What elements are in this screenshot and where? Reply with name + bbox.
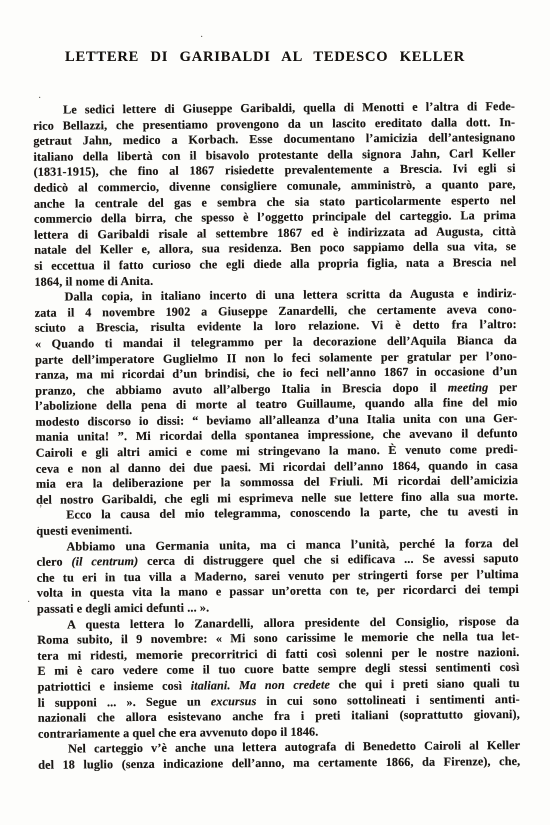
text-segment: commercio della birra, che spesso è l’og… — [34, 208, 516, 226]
text-segment: li supponi ... ». Segue un — [38, 694, 211, 709]
text-segment: l’abolizione della pena di morte al teat… — [35, 395, 517, 413]
text-segment: del nostro Garibaldi, che egli mi esprim… — [36, 489, 518, 507]
text-segment: per — [488, 380, 517, 394]
text-segment: questi evenimenti. — [36, 523, 132, 538]
book-page: LETTERE DI GARIBALDI AL TEDESCO KELLER L… — [0, 0, 550, 825]
text-segment: nazionali che allora esistevano anche fr… — [38, 707, 520, 725]
text-segment: contrariamente a quel che era avvenuto d… — [38, 724, 319, 740]
text-segment: clero — [37, 555, 72, 569]
text-segment: anche la centrale del gas e sembra che s… — [34, 193, 516, 211]
text-segment: modesto discorso io dissi: “ beviamo all… — [35, 411, 517, 429]
text-segment: italiano della libertà con il bisavolo p… — [33, 146, 515, 164]
body-text: Le sedici lettere di Giuseppe Garibaldi,… — [33, 99, 520, 773]
text-line: del 18 luglio (senza indicazione dell’an… — [38, 754, 520, 773]
text-segment: natale del Keller e, allora, sua residen… — [34, 239, 516, 257]
text-segment: cerca di distruggere quel che si edifica… — [138, 551, 519, 568]
text-segment: lettera di Garibaldi risale al settembre… — [34, 224, 516, 242]
text-segment: E mi è caro vedere come il tuo cuore bat… — [37, 660, 519, 678]
text-segment: volta in questa vita la mano e passar un… — [37, 582, 519, 600]
scan-speck: · — [200, 33, 203, 43]
text-segment: « Quando ti mandai il telegrammo per la … — [35, 333, 517, 351]
text-segment: tera mi ridesti, memorie precorritrici d… — [37, 645, 519, 663]
text-segment: che tu eri in tua villa a Maderno, sarei… — [37, 567, 519, 585]
text-segment: zata il 4 novembre 1902 a Giuseppe Zanar… — [35, 302, 517, 320]
text-segment: ranza, ma mi ricordai d’un brindisi, che… — [35, 364, 517, 382]
text-segment: Abbiamo una Germania unita, ma ci manca … — [66, 536, 518, 554]
text-segment: del 18 luglio (senza indicazione dell’an… — [38, 754, 520, 772]
text-segment: 1864, il nome di Anita. — [34, 273, 153, 288]
text-segment: A questa lettera lo Zanardelli, allora p… — [67, 614, 519, 632]
scan-speck: · — [27, 598, 30, 608]
scan-speck: . — [37, 521, 40, 531]
text-segment: pranzo, che abbiamo avuto all’albergo It… — [35, 380, 448, 397]
italic-text-segment: excursus — [211, 694, 257, 708]
text-segment: patriottici e insieme così — [38, 679, 191, 694]
text-segment: Nel carteggio v’è anche una lettera auto… — [68, 738, 520, 756]
text-segment: parte dell’imperatore Guglielmo II non l… — [35, 348, 517, 366]
text-segment: Dalla copia, in italiano incerto di una … — [64, 286, 516, 304]
scan-speck: ’ — [39, 505, 42, 515]
text-segment: rico Bellazzi, che presentiamo provengon… — [33, 115, 515, 133]
text-segment: Cairoli e gli altri amici e come mi stri… — [36, 442, 518, 460]
text-segment: mia era la deliberazione per la sommossa… — [36, 473, 518, 491]
scan-speck: · — [38, 94, 41, 104]
text-segment: passati e degli amici defunti ... ». — [37, 600, 209, 615]
text-segment: che qui i preti siano quali tu — [330, 676, 520, 691]
text-segment: si eccettua il fatto curioso che egli di… — [34, 255, 516, 273]
text-segment: dedicò al commercio, divenne consigliere… — [34, 177, 516, 195]
text-segment: Ecco la causa del mio telegramma, conosc… — [66, 504, 518, 522]
text-segment: ceva e non al danno dei due paesi. Mi ri… — [36, 458, 518, 476]
italic-text-segment: (il centrum) — [71, 554, 138, 569]
text-segment: getraut Jahn, medico a Korbach. Esse doc… — [33, 130, 515, 148]
text-segment: Le sedici lettere di Giuseppe Garibaldi,… — [63, 99, 515, 117]
text-segment: in cui sono sottolineati i sentimenti an… — [256, 692, 519, 708]
text-segment: sciuto a Brescia, risulta evidente la lo… — [35, 317, 517, 335]
italic-text-segment: meeting — [448, 380, 489, 394]
page-title: LETTERE DI GARIBALDI AL TEDESCO KELLER — [25, 49, 505, 66]
text-segment: Roma subito, il 9 novembre: « Mi sono ca… — [37, 629, 519, 647]
italic-text-segment: italiani. Ma non credete — [191, 677, 330, 692]
text-segment: (1831-1915), che fino al 1867 risiedette… — [34, 161, 516, 179]
